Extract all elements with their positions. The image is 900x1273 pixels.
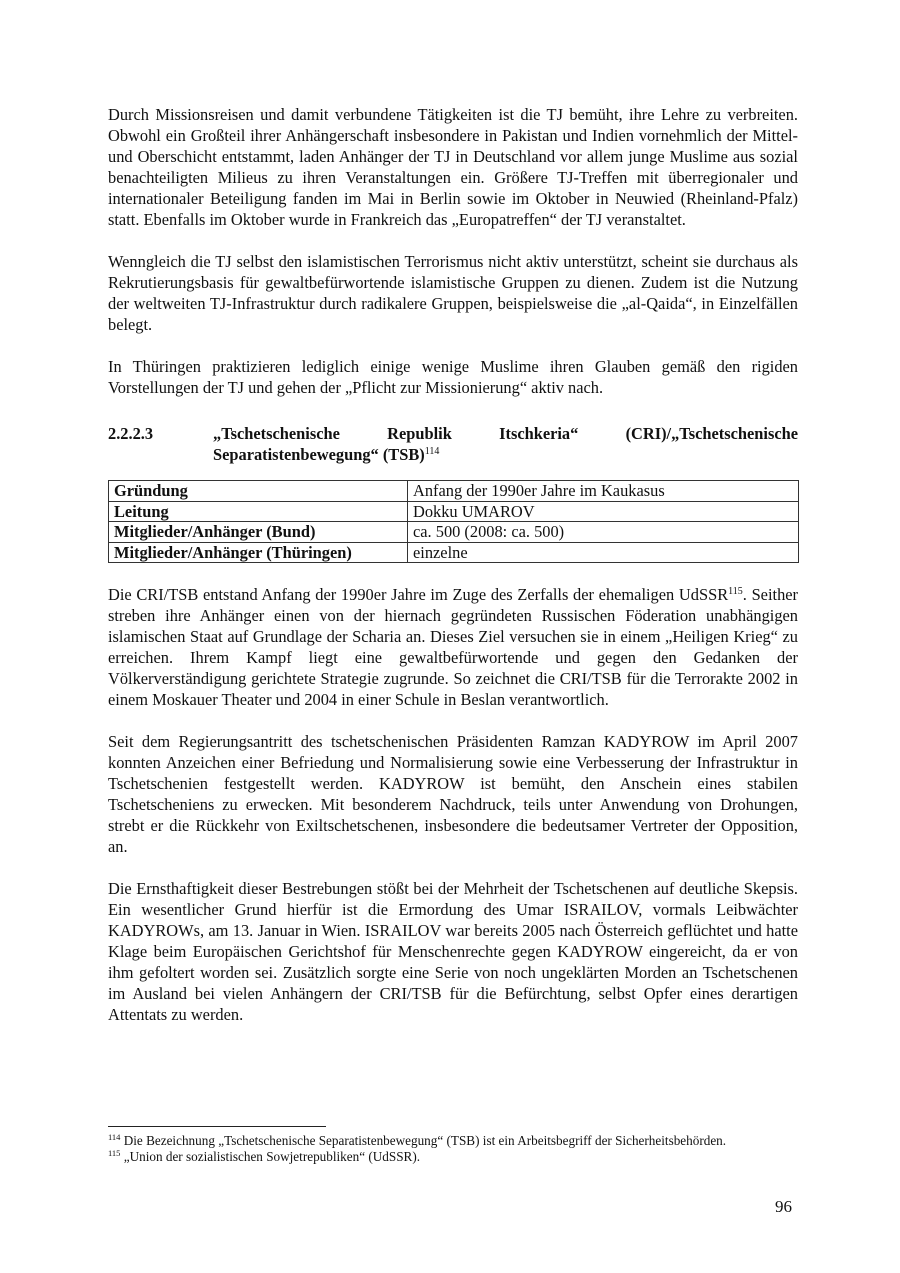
paragraph-israilov: Die Ernsthaftigkeit dieser Bestrebungen … [108, 878, 798, 1025]
section-title: „Tschetschenische Republik Itschkeria“ (… [213, 423, 798, 465]
footnote-ref-115[interactable]: 115 [728, 586, 743, 597]
paragraph-tj-missions: Durch Missionsreisen und damit verbunden… [108, 104, 798, 230]
fact-label: Gründung [109, 481, 408, 502]
fact-label: Mitglieder/Anhänger (Bund) [109, 522, 408, 543]
footnote-divider [108, 1126, 326, 1127]
fact-value: einzelne [408, 542, 799, 563]
paragraph-tj-thueringen: In Thüringen praktizieren lediglich eini… [108, 356, 798, 398]
paragraph-tj-recruitment: Wenngleich die TJ selbst den islamistisc… [108, 251, 798, 335]
section-heading: 2.2.2.3 „Tschetschenische Republik Itsch… [108, 423, 798, 465]
fact-value: Anfang der 1990er Jahre im Kaukasus [408, 481, 799, 502]
footnotes: 114 Die Bezeichnung „Tschetschenische Se… [108, 1133, 798, 1165]
footnote-114: 114 Die Bezeichnung „Tschetschenische Se… [108, 1133, 798, 1149]
paragraph-kadyrow: Seit dem Regierungsantritt des tschetsch… [108, 731, 798, 857]
fact-value: ca. 500 (2008: ca. 500) [408, 522, 799, 543]
footnote-text: „Union der sozialistischen Sowjetrepubli… [124, 1149, 420, 1164]
section-number: 2.2.2.3 [108, 423, 153, 444]
table-row: Mitglieder/Anhänger (Thüringen) einzelne [109, 542, 799, 563]
section-title-text: „Tschetschenische Republik Itschkeria“ (… [213, 424, 798, 464]
paragraph-cri-origin: Die CRI/TSB entstand Anfang der 1990er J… [108, 584, 798, 710]
footnote-text: Die Bezeichnung „Tschetschenische Separa… [124, 1133, 726, 1148]
table-row: Gründung Anfang der 1990er Jahre im Kauk… [109, 481, 799, 502]
footnote-115: 115 „Union der sozialistischen Sowjetrep… [108, 1149, 798, 1165]
facts-table: Gründung Anfang der 1990er Jahre im Kauk… [108, 480, 799, 563]
page-number: 96 [775, 1197, 792, 1217]
fact-label: Leitung [109, 501, 408, 522]
footnote-ref-114[interactable]: 114 [425, 446, 440, 457]
paragraph-cri-text-a: Die CRI/TSB entstand Anfang der 1990er J… [108, 585, 728, 604]
footnote-number: 115 [108, 1148, 120, 1158]
footnote-number: 114 [108, 1132, 120, 1142]
fact-label: Mitglieder/Anhänger (Thüringen) [109, 542, 408, 563]
fact-value: Dokku UMAROV [408, 501, 799, 522]
page-body: Durch Missionsreisen und damit verbunden… [108, 104, 798, 1025]
table-row: Mitglieder/Anhänger (Bund) ca. 500 (2008… [109, 522, 799, 543]
table-row: Leitung Dokku UMAROV [109, 501, 799, 522]
